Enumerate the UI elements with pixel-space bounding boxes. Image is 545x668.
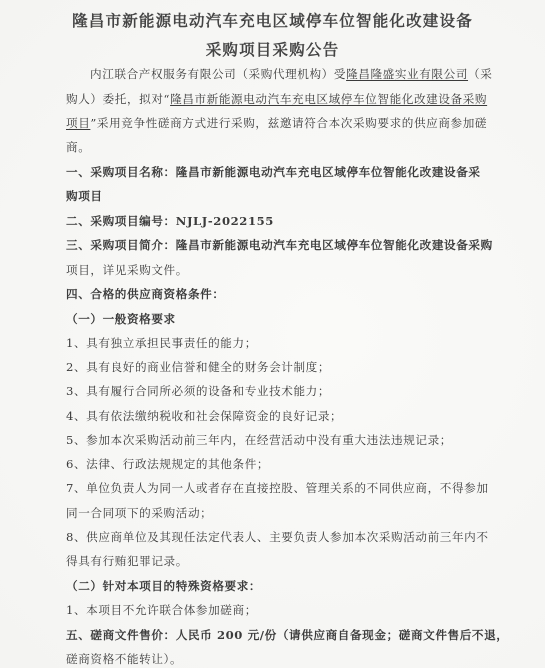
general-item: 同一合同项下的采购活动； xyxy=(66,505,212,521)
section-5-price: 五、磋商文件售价：人民币 200 元/份（请供应商自备现金；磋商文件售后不退， xyxy=(66,627,509,643)
intro-text: 购人）委托，拟对“ xyxy=(66,92,170,106)
general-item: 得具有行贿犯罪记录。 xyxy=(66,553,188,569)
intro-text: ”采用竞争性磋商方式进行采购，兹邀请符合本次采购要求的供应商参加磋 xyxy=(90,116,487,130)
section-label: 一、采购项目名称： xyxy=(66,165,176,179)
intro-text: （采 xyxy=(468,67,492,81)
section-3-continued: 项目，详见采购文件。 xyxy=(66,262,188,278)
general-item: 3、具有履行合同所必须的设备和专业技术能力； xyxy=(66,383,330,399)
intro-line-1: 内江联合产权服务有限公司（采购代理机构）受隆昌隆盛实业有限公司（采 xyxy=(90,66,492,82)
purchaser-name: 隆昌隆盛实业有限公司 xyxy=(346,67,468,81)
project-name-underlined: 项目 xyxy=(66,116,90,130)
section-2-project-number: 二、采购项目编号：NJLJ-2022155 xyxy=(66,213,274,229)
general-item: 6、法律、行政法规规定的其他条件； xyxy=(66,456,269,472)
general-item: 1、具有独立承担民事责任的能力； xyxy=(66,335,257,351)
section-label: 三、采购项目简介： xyxy=(66,238,176,252)
section-3-project-summary: 三、采购项目简介：隆昌市新能源电动汽车充电区域停车位智能化改建设备采购 xyxy=(66,237,493,253)
general-item: 4、具有依法缴纳税收和社会保障资金的良好记录； xyxy=(66,408,342,424)
general-item: 2、具有良好的商业信誉和健全的财务会计制度； xyxy=(66,359,330,375)
agency-text: 内江联合产权服务有限公司（采购代理机构）受 xyxy=(90,67,346,81)
document-title-line2: 采购项目采购公告 xyxy=(0,38,545,60)
special-item: 1、本项目不允许联合体参加磋商； xyxy=(66,602,257,618)
special-requirements-heading: （二）针对本项目的特殊资格要求： xyxy=(66,578,261,594)
document-title-line1: 隆昌市新能源电动汽车充电区域停车位智能化改建设备 xyxy=(0,9,545,31)
general-item: 8、供应商单位及其现任法定代表人、主要负责人参加本次采购活动前三年内不 xyxy=(66,529,489,545)
intro-line-4: 商。 xyxy=(66,139,90,155)
intro-line-2: 购人）委托，拟对“隆昌市新能源电动汽车充电区域停车位智能化改建设备采购 xyxy=(66,91,487,107)
project-name-underlined: 隆昌市新能源电动汽车充电区域停车位智能化改建设备采购 xyxy=(170,92,487,106)
section-value: 隆昌市新能源电动汽车充电区域停车位智能化改建设备采购 xyxy=(176,238,493,252)
general-item: 5、参加本次采购活动前三年内，在经营活动中没有重大违法违规记录； xyxy=(66,432,452,448)
section-1-project-name: 一、采购项目名称：隆昌市新能源电动汽车充电区域停车位智能化改建设备采 xyxy=(66,164,481,180)
general-requirements-heading: （一）一般资格要求 xyxy=(66,311,176,327)
intro-line-3: 项目”采用竞争性磋商方式进行采购，兹邀请符合本次采购要求的供应商参加磋 xyxy=(66,115,487,131)
section-value: 隆昌市新能源电动汽车充电区域停车位智能化改建设备采 xyxy=(176,165,481,179)
section-1-continued: 购项目 xyxy=(66,188,103,204)
section-label: 二、采购项目编号： xyxy=(66,214,176,228)
project-number: NJLJ-2022155 xyxy=(176,214,274,228)
section-4-heading: 四、合格的供应商资格条件： xyxy=(66,286,225,302)
scanned-document-page: 隆昌市新能源电动汽车充电区域停车位智能化改建设备 采购项目采购公告 内江联合产权… xyxy=(0,0,545,668)
section-5-continued: 磋商资格不能转让）。 xyxy=(66,651,182,667)
general-item: 7、单位负责人为同一人或者存在直接控股、管理关系的不同供应商，不得参加 xyxy=(66,480,489,496)
